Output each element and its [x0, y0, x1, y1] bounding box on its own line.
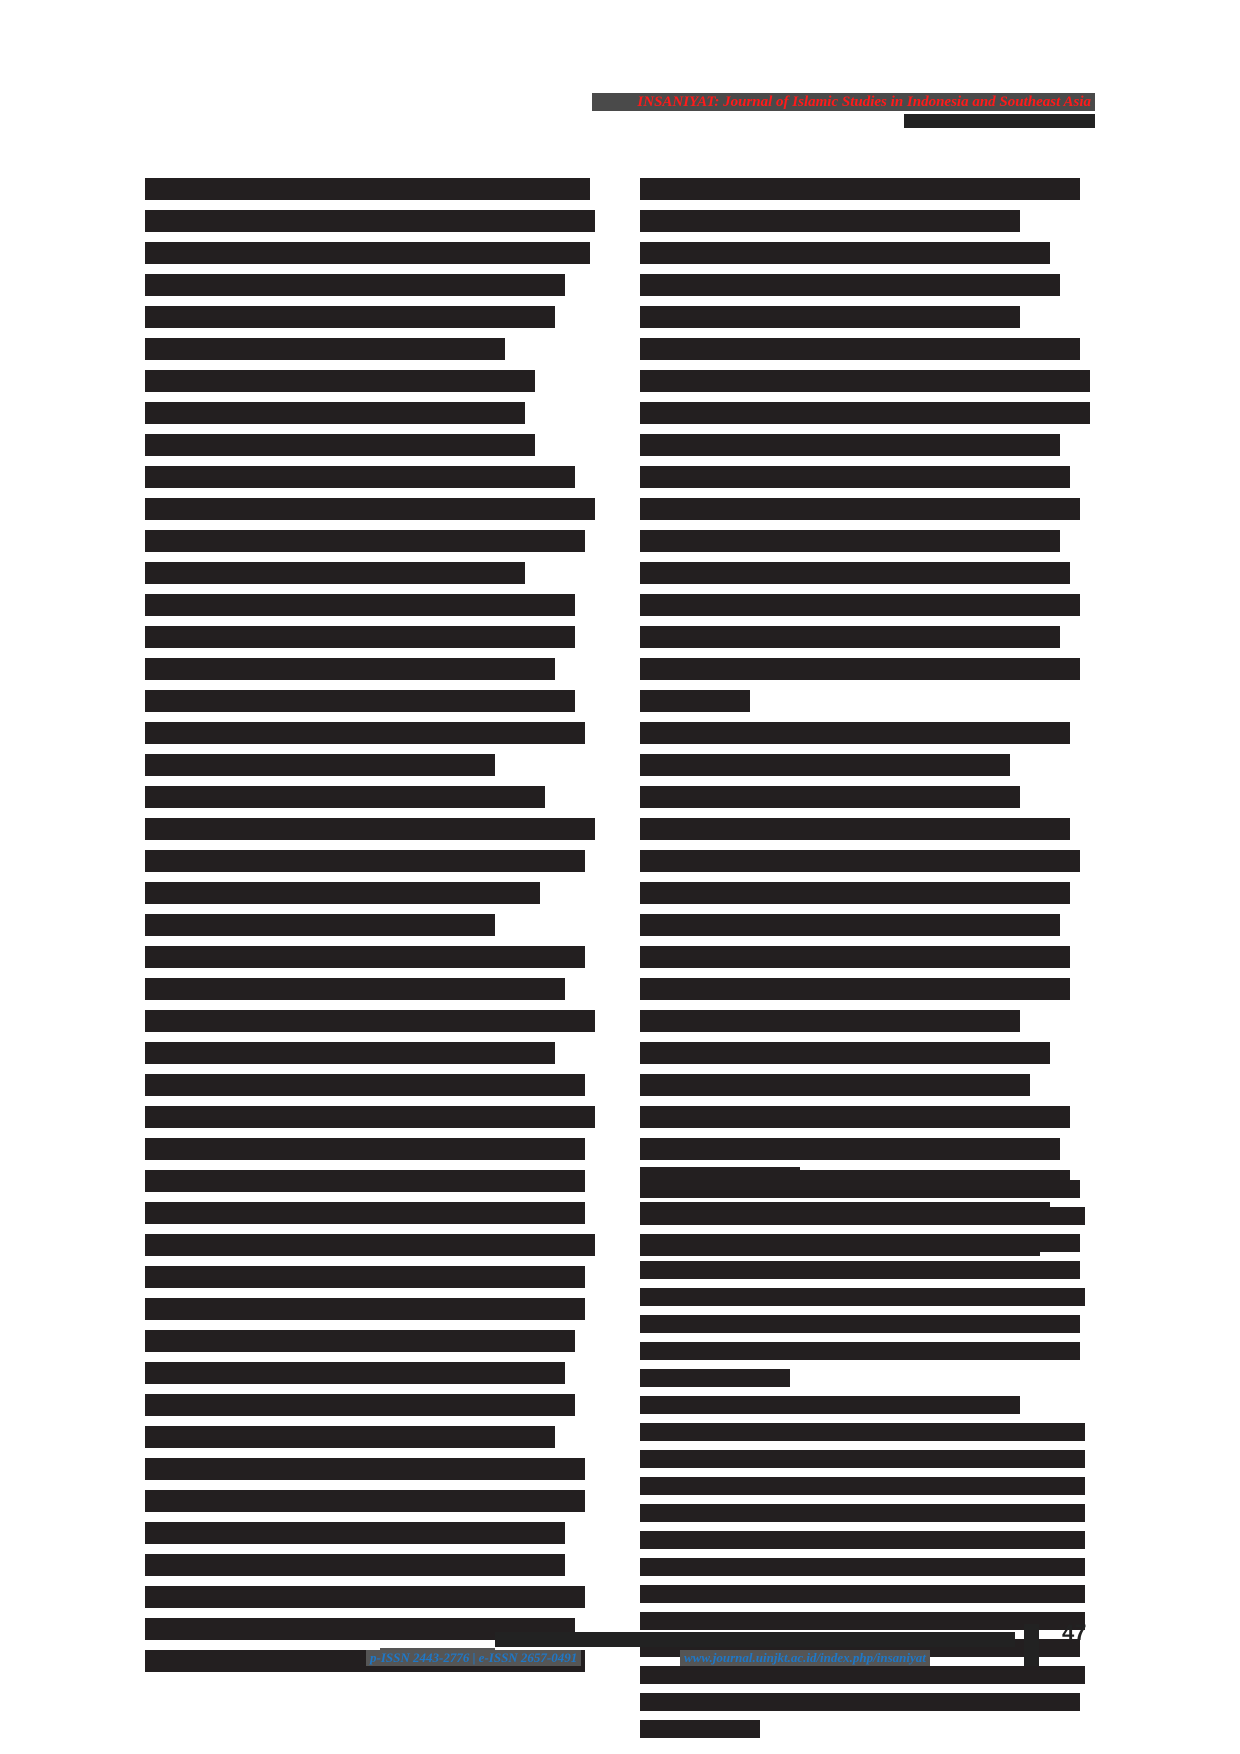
text-line — [145, 498, 595, 520]
text-line — [145, 562, 525, 584]
text-line — [640, 1666, 1085, 1684]
text-line — [640, 1342, 1080, 1360]
text-line — [145, 434, 535, 456]
text-line — [145, 690, 575, 712]
text-line — [640, 1396, 1020, 1414]
text-line — [145, 178, 590, 200]
right-column-text — [640, 178, 1090, 1266]
text-line — [640, 658, 1080, 680]
text-line — [640, 754, 1010, 776]
text-line — [640, 594, 1080, 616]
text-line — [640, 978, 1070, 1000]
text-line — [145, 242, 590, 264]
text-line — [145, 1234, 595, 1256]
text-line — [640, 1138, 1060, 1160]
text-line — [640, 1720, 760, 1738]
text-line — [145, 626, 575, 648]
text-line — [145, 882, 540, 904]
text-line — [640, 1558, 1085, 1576]
text-line — [640, 242, 1050, 264]
text-line — [145, 1138, 585, 1160]
text-line — [640, 722, 1070, 744]
text-line — [145, 1490, 585, 1512]
text-line — [145, 210, 595, 232]
text-line — [145, 1170, 585, 1192]
text-line — [640, 690, 750, 712]
footer-journal-url[interactable]: www.journal.uinjkt.ac.id/index.php/insan… — [680, 1650, 930, 1666]
text-line — [145, 1202, 585, 1224]
text-line — [145, 1458, 585, 1480]
text-line — [145, 402, 525, 424]
text-line — [640, 210, 1020, 232]
running-header-journal-title: INSANIYAT: Journal of Islamic Studies in… — [592, 93, 1095, 111]
text-line — [145, 1330, 575, 1352]
text-line — [640, 306, 1020, 328]
text-line — [145, 946, 585, 968]
text-line — [145, 1266, 585, 1288]
text-line — [640, 850, 1080, 872]
text-line — [640, 1477, 1085, 1495]
text-line — [640, 1234, 1080, 1252]
text-line — [640, 914, 1060, 936]
text-line — [145, 1394, 575, 1416]
text-line — [640, 1450, 1085, 1468]
footnote-separator — [640, 1167, 800, 1175]
text-line — [145, 1298, 585, 1320]
text-line — [145, 1074, 585, 1096]
text-line — [145, 914, 495, 936]
text-line — [640, 818, 1070, 840]
text-line — [640, 1207, 1085, 1225]
text-line — [145, 754, 495, 776]
text-line — [145, 1586, 585, 1608]
text-line — [640, 1261, 1080, 1279]
text-line — [145, 850, 585, 872]
footer-issn: p-ISSN 2443-2776 | e-ISSN 2657-0491 — [366, 1650, 581, 1666]
text-line — [640, 1504, 1085, 1522]
text-line — [145, 1554, 565, 1576]
text-line — [640, 1180, 1080, 1198]
text-line — [145, 306, 555, 328]
text-line — [640, 1315, 1080, 1333]
text-line — [640, 466, 1070, 488]
text-line — [640, 1288, 1085, 1306]
text-line — [145, 338, 505, 360]
text-line — [640, 562, 1070, 584]
text-line — [640, 530, 1060, 552]
text-line — [640, 1010, 1020, 1032]
text-line — [145, 466, 575, 488]
text-line — [640, 1693, 1080, 1711]
text-line — [145, 274, 565, 296]
text-line — [145, 658, 555, 680]
text-line — [640, 274, 1060, 296]
footer-rule — [495, 1632, 1015, 1647]
text-line — [145, 1426, 555, 1448]
text-line — [640, 626, 1060, 648]
text-line — [145, 1362, 565, 1384]
text-line — [640, 370, 1090, 392]
text-line — [640, 434, 1060, 456]
left-column-text — [145, 178, 595, 1682]
text-line — [640, 946, 1070, 968]
text-line — [640, 1042, 1050, 1064]
text-line — [640, 1423, 1085, 1441]
text-line — [145, 978, 565, 1000]
page-number: 47 — [1062, 1620, 1086, 1646]
text-line — [640, 338, 1080, 360]
text-line — [640, 1585, 1085, 1603]
text-line — [145, 1106, 595, 1128]
text-line — [145, 722, 585, 744]
text-line — [640, 1369, 790, 1387]
text-line — [640, 1106, 1070, 1128]
text-line — [640, 402, 1090, 424]
text-line — [640, 882, 1070, 904]
text-line — [145, 1522, 565, 1544]
text-line — [640, 1074, 1030, 1096]
footer-divider — [1024, 1624, 1039, 1666]
text-line — [145, 1042, 555, 1064]
text-line — [145, 370, 535, 392]
running-header-volume — [904, 114, 1095, 128]
text-line — [640, 498, 1080, 520]
text-line — [640, 1531, 1085, 1549]
text-line — [640, 786, 1020, 808]
text-line — [145, 1010, 595, 1032]
text-line — [145, 818, 595, 840]
text-line — [145, 786, 545, 808]
text-line — [640, 1612, 1085, 1630]
text-line — [145, 594, 575, 616]
text-line — [640, 178, 1080, 200]
text-line — [145, 530, 585, 552]
